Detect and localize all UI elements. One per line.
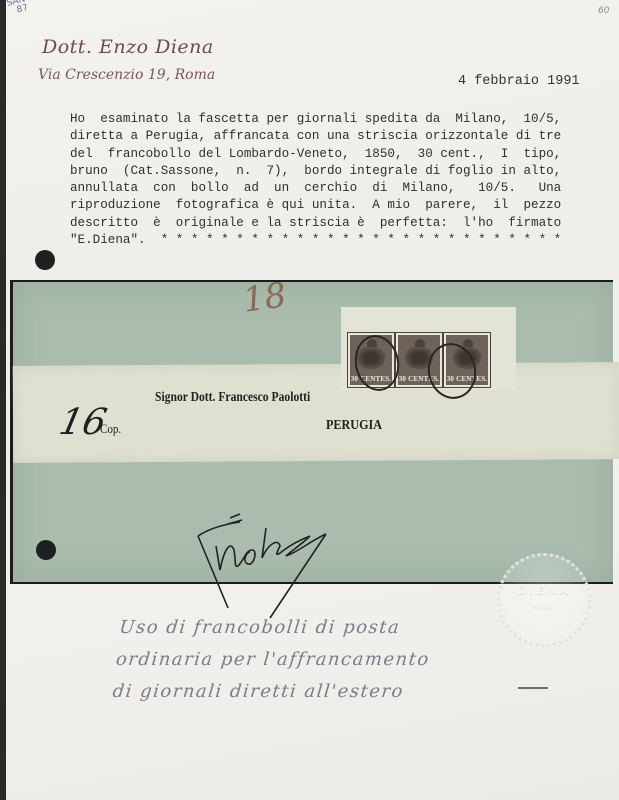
copies-label: Cop. [100,421,121,437]
seal-title: DIENA [500,584,588,597]
note-line: ordinaria per l'affrancamento [114,644,431,676]
letterhead-name: Dott. Enzo Diena [42,36,214,58]
note-line: di giornali diretti all'estero [111,676,428,708]
body-line: bruno (Cat.Sassone, n. 7), bordo integra… [70,163,590,180]
body-line: annullata con bollo ad un cerchio di Mil… [70,180,590,197]
addressee-name: Signor Dott. Francesco Paolotti [155,389,310,405]
note-line: Uso di francobolli di posta [118,612,435,644]
body-line: del francobollo del Lombardo-Veneto, 185… [70,146,590,163]
handwritten-dash [518,687,548,689]
pencil-mark: 18 [240,275,288,321]
body-line: "E.Diena". * * * * * * * * * * * * * * *… [70,232,590,249]
page-number: 60 [598,6,609,16]
certificate-date: 4 febbraio 1991 [458,74,580,89]
punch-hole-top [35,250,55,270]
crown-icon [415,339,425,347]
certificate-body: Ho esaminato la fascetta per giornali sp… [70,111,590,249]
letterhead-address: Via Crescenzio 19, Roma [38,67,215,83]
body-line: diretta a Perugia, affrancata con una st… [70,128,590,145]
destination-city: PERUGIA [326,417,382,433]
crown-icon [463,339,473,347]
handwritten-note: Uso di francobolli di postaordinaria per… [111,612,435,708]
embossed-seal: DIENA ROMA [497,553,591,647]
body-line: Ho esaminato la fascetta per giornali sp… [70,111,590,128]
body-line: riproduzione fotografica è qui unita. A … [70,197,590,214]
body-line: descritto è originale e la striscia è pe… [70,215,590,232]
seal-subtitle: ROMA [500,604,588,611]
punch-hole-bottom [36,540,56,560]
